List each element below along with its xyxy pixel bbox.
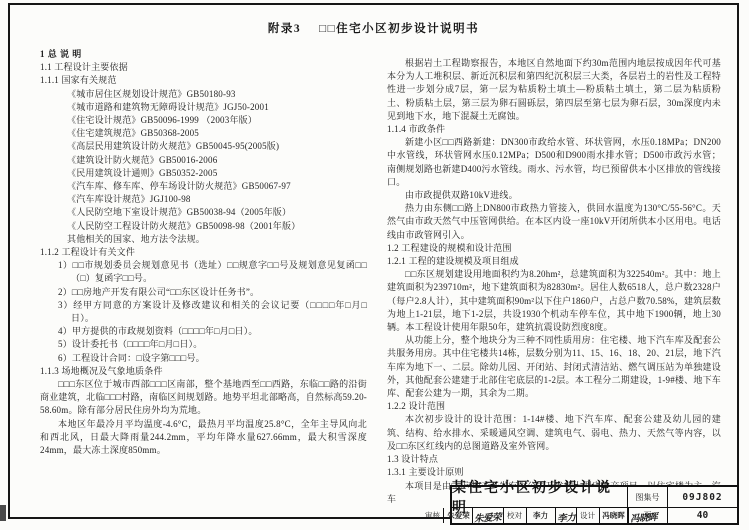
paragraph: 从功能上分，整个地块分为三种不同性质用房：住宅楼、地下汽车库及配套公共服务用房。… [387,334,721,400]
signature: 朱爱荣 [474,509,502,525]
code-list-item: 《高层民用建筑设计防火规范》GB50045-95(2005版) [40,140,367,153]
section-heading: 1.1.2 工程设计有关文件 [40,246,367,259]
paragraph: 由市政提供双路10kV进线。 [387,189,721,202]
scan-artifact [0,505,6,521]
page-number-value: 40 [668,508,737,523]
code-list-item: 《汽车库、修车库、停车场设计防火规范》GB50067-97 [40,180,367,193]
code-list-item: 《人民防空工程设计防火规范》GB50098-98（2001年版） [40,220,367,233]
left-column: 1 总 说 明 1.1 工程设计主要依据 1.1.1 国家有关规范 《城市居住区… [40,48,367,457]
paragraph: 新建小区□□西路新建：DN300市政给水管、环状管网，水压0.18MPa；DN2… [387,136,721,189]
credits-row: 审核 朱爱荣 朱爱荣 校对 李力 李力 设计 冯晓晖 冯晓晖 [452,508,628,523]
title-block: 某住宅小区初步设计说明 图集号 09J802 审核 朱爱荣 朱爱荣 校对 李力 … [450,485,739,525]
numbered-item: 6）工程设计合同：□设字第□□□号。 [40,352,367,365]
section-heading: 1.3 设计特点 [387,453,721,466]
code-list-item: 其他相关的国家、地方法令法规。 [40,233,367,246]
code-list-item: 《建筑设计防火规范》GB50016-2006 [40,154,367,167]
section-heading: 1.2.1 工程的建设规模及项目组成 [387,255,721,268]
designer-name: 冯晓晖 [600,508,629,523]
paragraph: □□□东区位于城市西部□□□区南部，整个基地西至□□西路，东临□□路的沿街商业建… [40,378,367,418]
code-list-item: 《民用建筑设计通则》GB50352-2005 [40,167,367,180]
checker-name: 李力 [527,508,556,523]
section-heading: 1.2.2 设计范围 [387,400,721,413]
checker-label: 校对 [504,508,527,523]
numbered-item: 2）□□房地产开发有限公司“□□东区设计任务书”。 [40,286,367,299]
designer-signature: 冯晓晖 [629,508,658,523]
section-heading: 1.2 工程建设的规模和设计范围 [387,242,721,255]
document-title: □□住宅小区初步设计说明书 [319,23,479,35]
reviewer-label: 审核 [421,508,444,523]
drawing-title: 某住宅小区初步设计说明 [452,487,628,508]
right-column: 根据岩土工程勘察报告，本地区自然地面下约30m范围内地层按成因年代可基本分为人工… [387,57,721,506]
code-list-item: 《住宅建筑规范》GB50368-2005 [40,127,367,140]
section-heading: 1 总 说 明 [40,48,367,61]
paragraph: 本地区年最冷月平均温度-4.6°C，最热月平均温度25.8°C，全年主导风向北和… [40,418,367,458]
appendix-label: 附录3 [268,23,301,35]
section-heading: 1.1 工程设计主要依据 [40,61,367,74]
section-heading: 1.1.1 国家有关规范 [40,74,367,87]
atlas-number-value: 09J802 [668,487,737,508]
designer-label: 设计 [577,508,600,523]
page-title: 附录3□□住宅小区初步设计说明书 [10,20,737,36]
reviewer-name: 朱爱荣 [444,508,473,523]
numbered-item: 5）设计委托书（□□□□年□月□日）。 [40,338,367,351]
atlas-number-label: 图集号 [628,487,668,508]
section-heading: 1.1.4 市政条件 [387,123,721,136]
code-list-item: 《人民防空地下室设计规范》GB50038-94（2005年版） [40,206,367,219]
paragraph: 本次初步设计的设计范围：1-14#楼、地下汽车库、配套公建及幼儿园的建筑、结构、… [387,413,721,453]
signature: 李力 [556,509,575,524]
numbered-item: 3）经甲方同意的方案设计及修改建议和相关的会议记要（□□□□年□月□日）。 [40,299,367,325]
numbered-item: 4）甲方提供的市政规划资料（□□□□年□月□日）。 [40,325,367,338]
code-list-item: 《汽车库设计规范》JGJ100-98 [40,193,367,206]
code-list-item: 《城市居住区规划设计规范》GB50180-93 [40,88,367,101]
reviewer-signature: 朱爱荣 [473,508,503,523]
paragraph: 根据岩土工程勘察报告，本地区自然地面下约30m范围内地层按成因年代可基本分为人工… [387,57,721,123]
paragraph: 热力由东侧□□路上DN800市政热力管接入，供回水温度为130°C/55-56°… [387,202,721,242]
signature: 冯晓晖 [629,509,657,525]
section-heading: 1.1.3 场地概况及气象地质条件 [40,365,367,378]
code-list-item: 《住宅设计规范》GB50096-1999 （2003年版） [40,114,367,127]
checker-signature: 李力 [556,508,577,523]
numbered-item: 1）□□市规划委员会规划意见书（选址）□□规意字□□号及规划意见复函□□（□）复… [40,259,367,285]
page-border: 附录3□□住宅小区初步设计说明书 1 总 说 明 1.1 工程设计主要依据 1.… [8,3,739,519]
paragraph: □□东区规划建设用地面积约为8.20hm²，总建筑面积为322540m²。其中：… [387,268,721,334]
code-list-item: 《城市道路和建筑物无障碍设计规范》JGJ50-2001 [40,101,367,114]
